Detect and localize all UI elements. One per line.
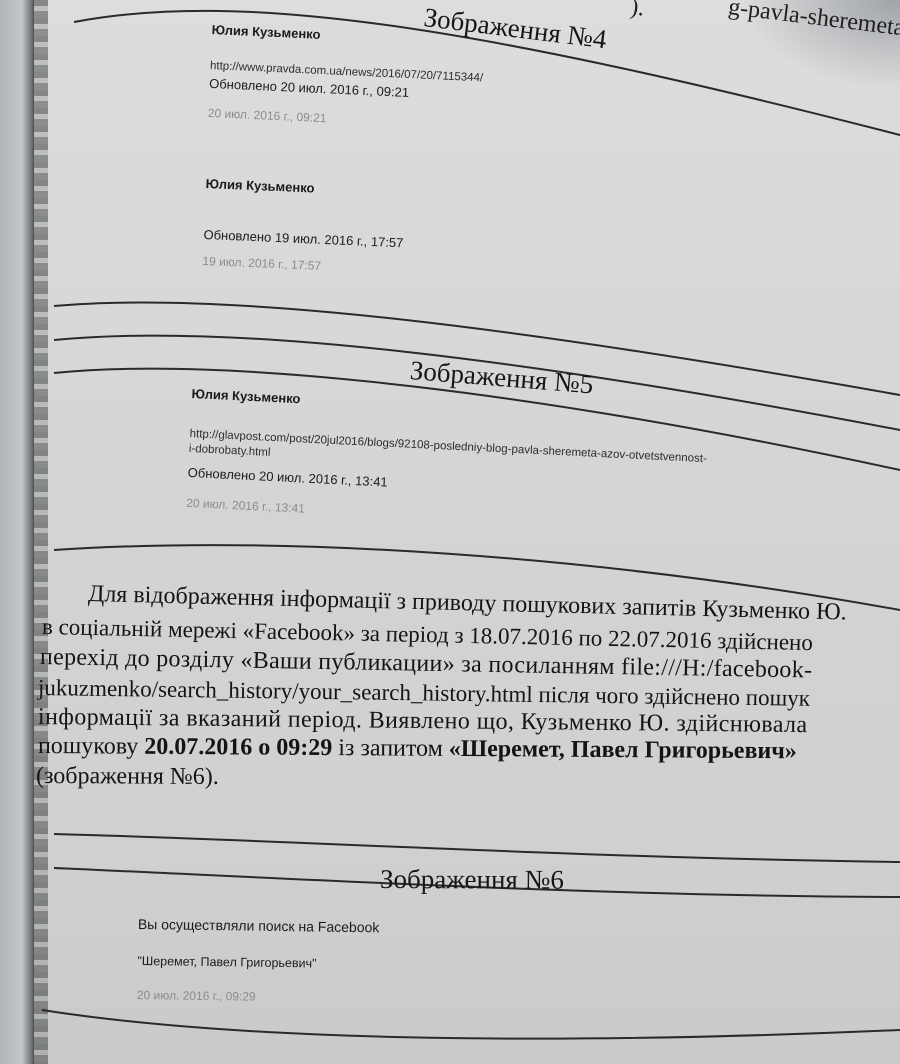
post-timestamp: 20 июл. 2016 г., 09:21 [208, 106, 482, 132]
post-timestamp: 20 июл. 2016 г., 13:41 [186, 496, 704, 535]
search-timestamp: 20 июл. 2016 г., 09:29 [137, 988, 379, 1005]
figure-6-caption: Зображення №6 [380, 864, 564, 896]
document-page: ). g-pavla-sheremeta- Зображення №4 Юлия… [34, 0, 900, 1064]
paragraph-line-7: (зображення №6). [36, 762, 219, 792]
search-datetime: 20.07.2016 о 09:29 [144, 734, 332, 761]
post-author: Юлия Кузьменко [205, 176, 406, 199]
scan-artifact [34, 0, 48, 1064]
figure-6-entry: Вы осуществляли поиск на Facebook "Шерем… [137, 916, 380, 1005]
search-query: "Шеремет, Павел Григорьевич" [137, 954, 379, 971]
paragraph-line-6-text: пошукову [38, 733, 144, 760]
search-query-highlight: «Шеремет, Павел Григорьевич» [449, 736, 797, 764]
figure-5-entry: Юлия Кузьменко http://glavpost.com/post/… [186, 386, 709, 535]
paragraph-line-6-mid: із запитом [332, 735, 449, 762]
frame-lines [34, 0, 900, 1064]
previous-page-fragment-left: ). [629, 0, 646, 23]
post-author: Юлия Кузьменко [191, 386, 709, 426]
figure-4-entry-2: Юлия Кузьменко Обновлено 19 июл. 2016 г.… [202, 176, 406, 276]
figure-5-caption: Зображення №5 [409, 355, 595, 400]
post-updated: Обновлено 19 июл. 2016 г., 17:57 [203, 227, 404, 250]
search-heading: Вы осуществляли поиск на Facebook [138, 916, 380, 935]
previous-page-fragment-right: g-pavla-sheremeta- [727, 0, 900, 43]
paragraph-line-6: пошукову 20.07.2016 о 09:29 із запитом «… [38, 732, 797, 766]
post-timestamp: 19 июл. 2016 г., 17:57 [202, 254, 402, 276]
figure-4-entry-1: Юлия Кузьменко http://www.pravda.com.ua/… [208, 22, 486, 132]
